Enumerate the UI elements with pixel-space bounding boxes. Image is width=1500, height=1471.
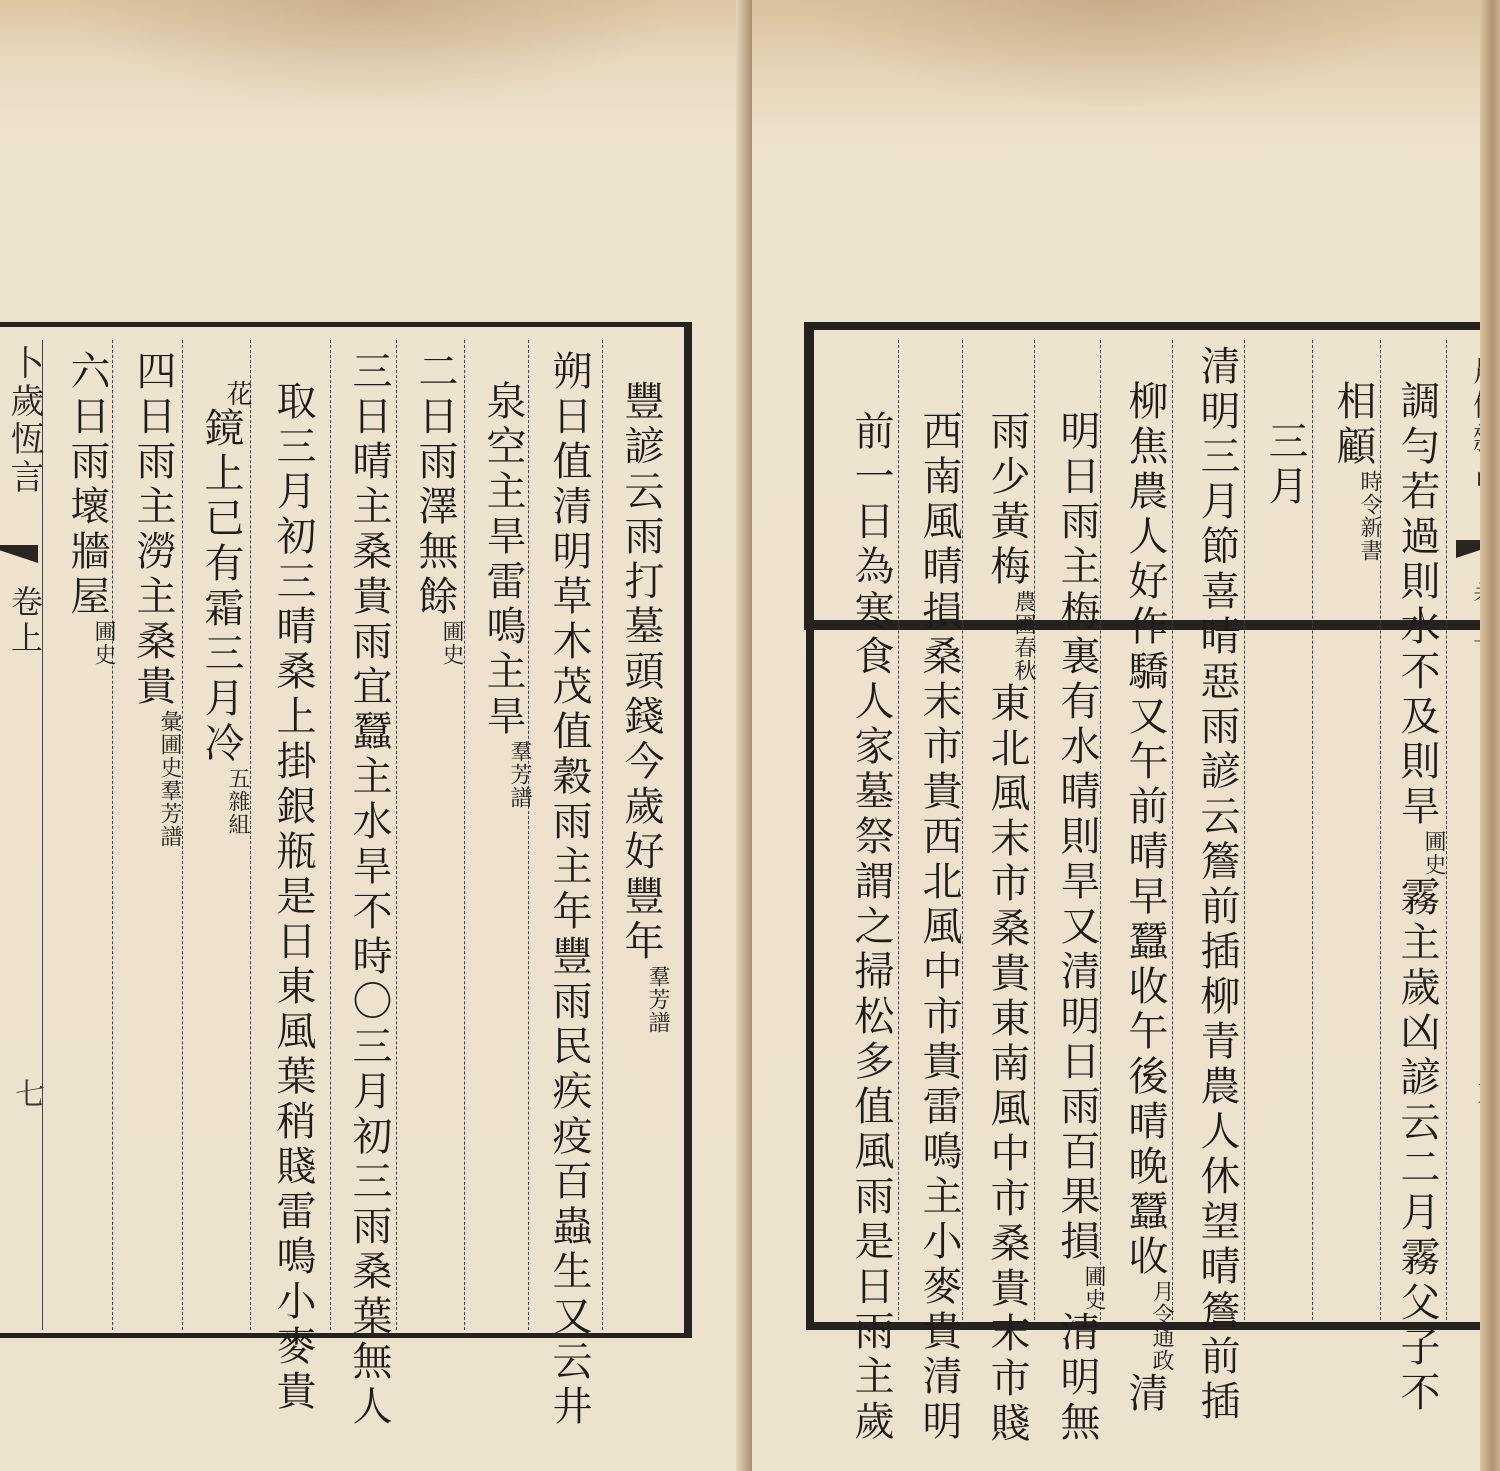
main-text: 豐諺云雨打墓頭錢今歲好豐年: [618, 380, 664, 965]
main-text: 清: [1122, 1372, 1168, 1417]
source-annotation: 圃史: [1080, 1265, 1106, 1311]
source-annotation: 農圃春秋: [1010, 590, 1036, 682]
main-text: 清明三月節喜晴惡雨諺云簷前插柳青農人休望晴簷前插: [1194, 345, 1240, 1425]
main-text: 泉空主旱雷鳴主旱: [480, 380, 526, 740]
main-text: 朔日值清明草木茂值穀雨主年豐雨民疾疫百蟲生又云井: [546, 350, 592, 1430]
main-text: 霧主歲凶諺云二月霧父子不: [1394, 876, 1440, 1416]
text-column: 相顧時令新書: [1324, 380, 1382, 562]
text-column: 西南風晴損桑末市貴西北風中市貴雷鳴主小麥貴清明: [910, 410, 968, 1445]
main-text: 清明無: [1054, 1311, 1100, 1446]
top-stain: [792, 0, 1432, 110]
main-text: 東北風末市桑貴東南風中市桑貴末市賤: [984, 682, 1030, 1447]
text-column: 四日雨主澇主桑貴彙圃史羣芳譜: [124, 350, 182, 848]
text-column: 柳焦農人好作驕又午前晴早蠶收午後晴晚蠶收月令通政清: [1116, 380, 1174, 1417]
main-text: 前一日為寒食人家墓祭謂之掃松多值風雨是日雨主歲: [848, 410, 894, 1445]
source-annotation: 月令通政: [1148, 1280, 1174, 1372]
juan-label: 卷上: [2, 585, 48, 657]
column-rule: [1446, 340, 1447, 1320]
text-column: 雨少黃梅農圃春秋東北風末市桑貴東南風中市桑貴末市賤: [978, 410, 1036, 1447]
text-column: 朔日值清明草木茂值穀雨主年豐雨民疾疫百蟲生又云井: [540, 350, 598, 1430]
text-column: 花鏡上已有霜三月冷五雜組: [192, 380, 250, 836]
column-rule: [602, 340, 603, 1330]
text-column: 豐諺云雨打墓頭錢今歲好豐年羣芳譜: [612, 380, 670, 1034]
main-text: 三月: [1262, 420, 1308, 510]
text-column: 調勻若過則水不及則旱圃史霧主歲凶諺云二月霧父子不: [1388, 380, 1446, 1416]
text-column: 明日雨主梅裏有水晴則旱又清明日雨百果損圃史清明無: [1048, 410, 1106, 1446]
text-column: 取三月初三晴桑上掛銀瓶是日東風葉稍賤雷鳴小麥貴: [264, 380, 322, 1415]
text-column: 泉空主旱雷鳴主旱羣芳譜: [474, 380, 532, 809]
text-column: 三月: [1256, 420, 1314, 510]
margin-title: 卜歲恆言: [0, 345, 49, 497]
small-text: 花: [224, 380, 250, 407]
right-frame-left-rule: [806, 322, 814, 1330]
left-frame-thick-edge: [684, 322, 692, 1338]
main-text: 四日雨主澇主桑貴: [130, 350, 176, 710]
column-rule: [464, 340, 465, 1330]
left-page: 豐諺云雨打墓頭錢今歲好豐年羣芳譜 朔日值清明草木茂值穀雨主年豐雨民疾疫百蟲生又云…: [0, 0, 748, 1471]
text-column: 六日雨壞牆屋圃史: [58, 350, 116, 666]
folio-number: 七: [4, 1078, 48, 1108]
right-frame-top-rule: [806, 322, 1500, 330]
main-text: 明日雨主梅裏有水晴則旱又清明日雨百果損: [1054, 410, 1100, 1265]
column-rule: [250, 340, 251, 1330]
main-text: 柳焦農人好作驕又午前晴早蠶收午後晴晚蠶收: [1122, 380, 1168, 1280]
text-column: 三日晴主桑貴雨宜蠶主水旱不時〇三月初三雨桑葉無人: [340, 350, 398, 1430]
main-text: 雨少黃梅: [984, 410, 1030, 590]
page-edge: [1480, 0, 1500, 1471]
text-column: 二日雨澤無餘圃史: [406, 350, 464, 666]
source-annotation: 五雜組: [224, 767, 250, 836]
source-annotation: 圃史: [438, 620, 464, 666]
source-annotation: 羣芳譜: [644, 965, 670, 1034]
source-annotation: 羣芳譜: [506, 740, 532, 809]
source-annotation: 圃史: [90, 620, 116, 666]
main-text: 取三月初三晴桑上掛銀瓶是日東風葉稍賤雷鳴小麥貴: [270, 380, 316, 1415]
column-rule: [330, 340, 331, 1330]
column-rule: [182, 340, 183, 1330]
top-stain: [60, 0, 680, 110]
main-text: 相顧: [1330, 380, 1376, 470]
main-text: 二日雨澤無餘: [412, 350, 458, 620]
main-text: 鏡上已有霜三月冷: [198, 407, 244, 767]
text-column: 清明三月節喜晴惡雨諺云簷前插柳青農人休望晴簷前插: [1188, 345, 1246, 1425]
text-column: 前一日為寒食人家墓祭謂之掃松多值風雨是日雨主歲: [842, 410, 900, 1445]
main-text: 六日雨壞牆屋: [64, 350, 110, 620]
source-annotation: 彙圃史羣芳譜: [156, 710, 182, 848]
main-text: 西南風晴損桑末市貴西北風中市貴雷鳴主小麥貴清明: [916, 410, 962, 1445]
source-annotation: 時令新書: [1356, 470, 1382, 562]
main-text: 三日晴主桑貴雨宜蠶主水旱不時〇三月初三雨桑葉無人: [346, 350, 392, 1430]
main-text: 調勻若過則水不及則旱: [1394, 380, 1440, 830]
book-spread: 豐諺云雨打墓頭錢今歲好豐年羣芳譜 朔日值清明草木茂值穀雨主年豐雨民疾疫百蟲生又云…: [0, 0, 1500, 1471]
source-annotation: 圃史: [1420, 830, 1446, 876]
